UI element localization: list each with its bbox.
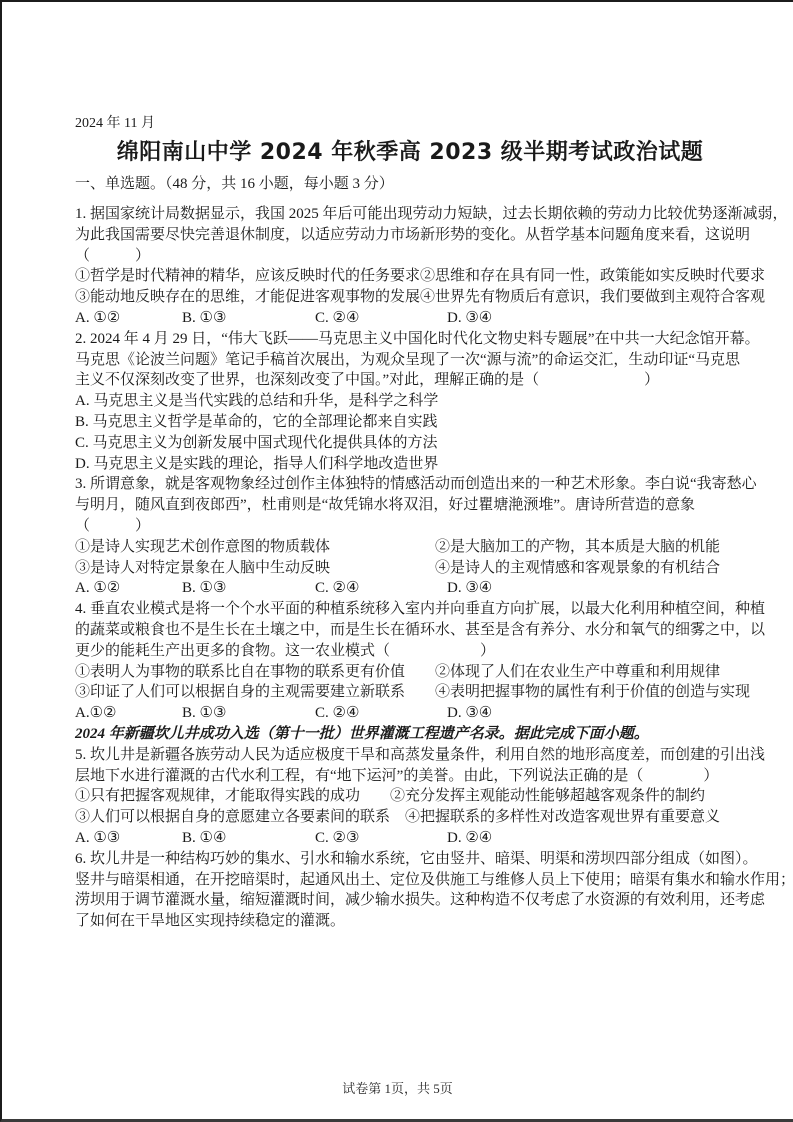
- question-1-stem-line: 1. 据国家统计局数据显示，我国 2025 年后可能出现劳动力短缺，过去长期依赖…: [75, 204, 745, 225]
- question-2-option-d: D. 马克思主义是实践的理论，指导人们科学地改造世界: [75, 454, 745, 475]
- page-footer: 试卷第 1页，共 5页: [2, 1078, 793, 1097]
- question-4-option-c: C. ②④: [315, 703, 447, 724]
- question-2-option-c: C. 马克思主义为创新发展中国式现代化提供具体的方法: [75, 433, 745, 454]
- question-2-stem-line: 主义不仅深刻改变了世界，也深刻改变了中国。”对此，理解正确的是（ ）: [75, 370, 745, 391]
- question-4-statements-line: ③印证了人们可以根据自身的主观需要建立新联系 ④表明把握事物的属性有利于价值的创…: [75, 682, 745, 703]
- question-3-statements-line: ①是诗人实现艺术创作意图的物质载体 ②是大脑加工的产物，其本质是大脑的机能: [75, 537, 745, 558]
- question-3-option-c: C. ②④: [315, 578, 447, 599]
- question-4-options: A.①② B. ①③ C. ②④ D. ③④: [75, 703, 745, 724]
- question-4: 4. 垂直农业模式是将一个个水平面的种植系统移入室内并向垂直方向扩展，以最大化利…: [75, 599, 745, 724]
- question-6-stem-line: 了如何在干旱地区实现持续稳定的灌溉。: [75, 911, 745, 932]
- question-1-statements-line: ③能动地反映存在的思维，才能促进客观事物的发展④世界先有物质后有意识，我们要做到…: [75, 287, 745, 308]
- question-6-stem-line: 竖井与暗渠相通，在开挖暗渠时，起通风出土、定位及供施工与维修人员上下使用；暗渠有…: [75, 870, 745, 891]
- question-5-statements-line: ①只有把握客观规律，才能取得实践的成功 ②充分发挥主观能动性能够超越客观条件的制…: [75, 786, 745, 807]
- passage-intro: 2024 年新疆坎儿井成功入选（第十一批）世界灌溉工程遗产名录。据此完成下面小题…: [75, 724, 745, 745]
- question-3-option-b: B. ①③: [182, 578, 315, 599]
- question-4-statements-line: ①表明人为事物的联系比自在事物的联系更有价值 ②体现了人们在农业生产中尊重和利用…: [75, 662, 745, 683]
- question-3-blank-parens: （ ）: [75, 516, 745, 537]
- question-4-stem-line: 的蔬菜或粮食也不是生长在土壤之中，而是生长在循环水、甚至是含有养分、水分和氧气的…: [75, 620, 745, 641]
- question-5-option-b: B. ①④: [182, 828, 315, 849]
- question-5-stem-line: 层地下水进行灌溉的古代水利工程，有“地下运河”的美誉。由此，下列说法正确的是（ …: [75, 766, 745, 787]
- question-4-option-b: B. ①③: [182, 703, 315, 724]
- question-3: 3. 所谓意象，就是客观物象经过创作主体独特的情感活动而创造出来的一种艺术形象。…: [75, 474, 745, 599]
- question-6-stem-line: 6. 坎儿井是一种结构巧妙的集水、引水和输水系统，它由竖井、暗渠、明渠和涝坝四部…: [75, 849, 745, 870]
- question-5-options: A. ①③ B. ①④ C. ②③ D. ②④: [75, 828, 745, 849]
- question-4-option-d: D. ③④: [447, 703, 492, 724]
- question-3-stem-line: 3. 所谓意象，就是客观物象经过创作主体独特的情感活动而创造出来的一种艺术形象。…: [75, 474, 745, 495]
- question-2: 2. 2024 年 4 月 29 日，“伟大飞跃——马克思主义中国化时代化文物史…: [75, 329, 745, 475]
- question-1-option-c: C. ②④: [315, 308, 447, 329]
- question-2-option-b: B. 马克思主义哲学是革命的，它的全部理论都来自实践: [75, 412, 745, 433]
- question-6-stem-line: 涝坝用于调节灌溉水量，缩短灌溉时间，减少输水损失。这种构造不仅考虑了水资源的有效…: [75, 890, 745, 911]
- question-2-stem-line: 马克思《论波兰问题》笔记手稿首次展出，为观众呈现了一次“源与流”的命运交汇，生动…: [75, 350, 745, 371]
- question-5-option-c: C. ②③: [315, 828, 447, 849]
- question-1-statements-line: ①哲学是时代精神的精华，应该反映时代的任务要求②思维和存在具有同一性，政策能如实…: [75, 266, 745, 287]
- question-5-stem-line: 5. 坎儿井是新疆各族劳动人民为适应极度干旱和高蒸发量条件，利用自然的地形高度差…: [75, 745, 745, 766]
- question-1-stem-line: 为此我国需要尽快完善退休制度，以适应劳动力市场新形势的变化。从哲学基本问题角度来…: [75, 225, 745, 246]
- section-heading: 一、单选题。（48 分，共 16 小题，每小题 3 分）: [75, 174, 745, 195]
- question-2-stem-line: 2. 2024 年 4 月 29 日，“伟大飞跃——马克思主义中国化时代化文物史…: [75, 329, 745, 350]
- question-3-option-d: D. ③④: [447, 578, 492, 599]
- question-1: 1. 据国家统计局数据显示，我国 2025 年后可能出现劳动力短缺，过去长期依赖…: [75, 204, 745, 329]
- question-1-option-d: D. ③④: [447, 308, 492, 329]
- exam-title: 绵阳南山中学 2024 年秋季高 2023 级半期考试政治试题: [75, 138, 745, 168]
- question-3-stem-line: 与明月，随风直到夜郎西”，杜甫则是“故凭锦水将双泪，好过瞿塘滟滪堆”。唐诗所营造…: [75, 495, 745, 516]
- exam-page: 2024 年 11 月 绵阳南山中学 2024 年秋季高 2023 级半期考试政…: [0, 0, 793, 1122]
- question-3-option-a: A. ①②: [75, 578, 182, 599]
- question-3-options: A. ①② B. ①③ C. ②④ D. ③④: [75, 578, 745, 599]
- question-5-option-d: D. ②④: [447, 828, 492, 849]
- question-5-statements-line: ③人们可以根据自身的意愿建立各要素间的联系 ④把握联系的多样性对改造客观世界有重…: [75, 807, 745, 828]
- page-content: 2024 年 11 月 绵阳南山中学 2024 年秋季高 2023 级半期考试政…: [2, 2, 793, 932]
- question-1-option-b: B. ①③: [182, 308, 315, 329]
- question-1-option-a: A. ①②: [75, 308, 182, 329]
- question-4-option-a: A.①②: [75, 703, 182, 724]
- question-5: 5. 坎儿井是新疆各族劳动人民为适应极度干旱和高蒸发量条件，利用自然的地形高度差…: [75, 745, 745, 849]
- exam-date: 2024 年 11 月: [75, 114, 745, 134]
- question-3-statements-line: ③是诗人对特定景象在人脑中生动反映 ④是诗人的主观情感和客观景象的有机结合: [75, 558, 745, 579]
- question-4-stem-line: 更少的能耗生产出更多的食物。这一农业模式（ ）: [75, 641, 745, 662]
- question-1-blank-parens: （ ）: [75, 246, 745, 267]
- question-2-option-a: A. 马克思主义是当代实践的总结和升华，是科学之科学: [75, 391, 745, 412]
- question-6: 6. 坎儿井是一种结构巧妙的集水、引水和输水系统，它由竖井、暗渠、明渠和涝坝四部…: [75, 849, 745, 932]
- question-4-stem-line: 4. 垂直农业模式是将一个个水平面的种植系统移入室内并向垂直方向扩展，以最大化利…: [75, 599, 745, 620]
- question-1-options: A. ①② B. ①③ C. ②④ D. ③④: [75, 308, 745, 329]
- question-5-option-a: A. ①③: [75, 828, 182, 849]
